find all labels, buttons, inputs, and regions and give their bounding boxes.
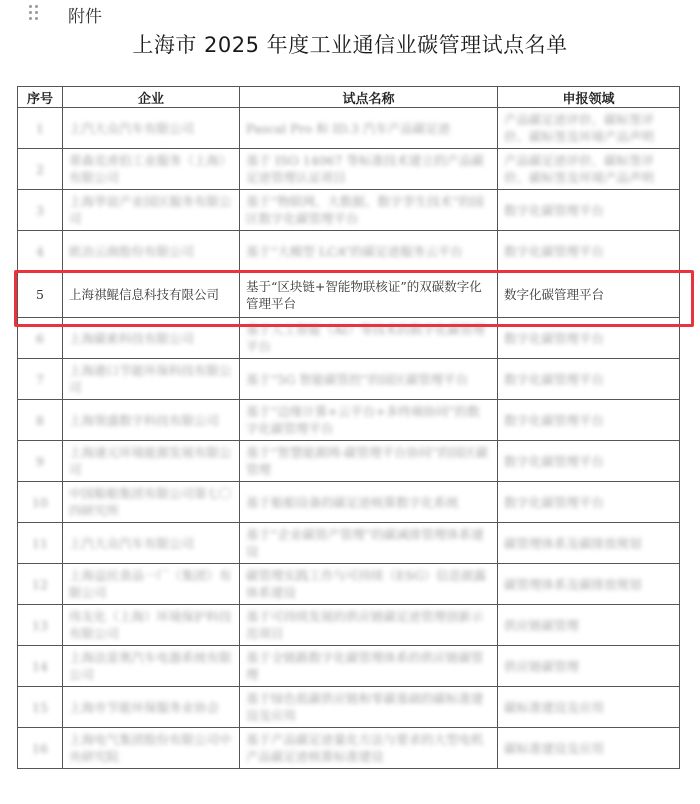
- table-row-highlighted: 5上海祺鲲信息科技有限公司基于“区块链+智能物联核证”的双碳数字化管理平台数字化…: [18, 272, 680, 318]
- cell-project-text: 基于全链路数字化碳管理体系的供应链碳管理: [246, 650, 484, 682]
- cell-field-text: 供应链碳管理: [504, 618, 579, 633]
- cell-company-text: 蒂森克虏伯工业服务（上海）有限公司: [69, 153, 232, 185]
- cell-index: 2: [18, 149, 63, 190]
- table-header-row: 序号 企业 试点名称 申报领域: [18, 87, 680, 108]
- table-row: 14上海法雷奥汽车电器系统有限公司基于全链路数字化碳管理体系的供应链碳管理供应链…: [18, 646, 680, 687]
- cell-project-text: 基于绿色低碳供应链和零碳基础的碳标准建设及应用: [246, 691, 484, 723]
- cell-index: 7: [18, 359, 63, 400]
- cell-field-text: 供应链碳管理: [504, 659, 579, 674]
- cell-company-text: 上汽大众汽车有限公司: [69, 121, 194, 136]
- cell-company-text: 上海益民食品一厂（集团）有限公司: [69, 568, 232, 600]
- cell-project-text: 基于“智慧能源网-碳管理平台协同”的园区碳管理: [246, 445, 488, 477]
- cell-company: 上海祺鲲信息科技有限公司: [63, 272, 240, 318]
- cell-field-text: 数字化碳管理平台: [504, 372, 604, 387]
- cell-field-text: 数字化碳管理平台: [504, 495, 604, 510]
- table-row: 4欧冶云商股份有限公司基于“大模型 LCA”的碳足迹服务云平台数字化碳管理平台: [18, 231, 680, 272]
- cell-field: 数字化碳管理平台: [498, 190, 680, 231]
- cell-index-text: 8: [36, 413, 44, 428]
- cell-project-text: 基于人工智能（AI）等技术的数字化碳管理平台: [246, 322, 485, 354]
- cell-company-text: 上海速元环境能源发展有限公司: [69, 445, 232, 477]
- col-header-field: 申报领域: [498, 87, 680, 108]
- cell-company: 上海市节能环保服务业协会: [63, 687, 240, 728]
- cell-field: 数字化碳管理平台: [498, 400, 680, 441]
- cell-project-text: 基于“大模型 LCA”的碳足迹服务云平台: [246, 244, 463, 259]
- cell-index: 8: [18, 400, 63, 441]
- cell-company-text: 欧冶云商股份有限公司: [69, 244, 194, 259]
- cell-project: 基于可持续发展的供应链碳足迹管理创新示范项目: [240, 605, 498, 646]
- cell-company-text: 上海华谊产业园区服务有限公司: [69, 194, 232, 226]
- document-title: 上海市 2025 年度工业通信业碳管理试点名单: [0, 29, 700, 59]
- cell-project: 基于“物联网、大数据、数字孪生技术”的园区数字化碳管理平台: [240, 190, 498, 231]
- cell-field: 数字化碳管理平台: [498, 441, 680, 482]
- table-row: 3上海华谊产业园区服务有限公司基于“物联网、大数据、数字孪生技术”的园区数字化碳…: [18, 190, 680, 231]
- cell-field-text: 碳管理体系及碳排放规划: [504, 536, 642, 551]
- cell-project: 基于 ISO 14067 等标准技术建立的产品碳足迹管理认证项目: [240, 149, 498, 190]
- pilot-list-table: 序号 企业 试点名称 申报领域 1上汽大众汽车有限公司Pascal Pro 和 …: [17, 86, 680, 769]
- cell-company-text: 上海领盛数字科技有限公司: [69, 413, 219, 428]
- cell-index: 1: [18, 108, 63, 149]
- cell-field-text: 数字化碳管理平台: [504, 413, 604, 428]
- cell-company: 上海电气集团股份有限公司中央研究院: [63, 728, 240, 769]
- cell-field-text: 碳管理体系及碳排放规划: [504, 577, 642, 592]
- cell-field-text: 产品碳足迹评价、碳标签评价、碳标签及环境产品声明: [504, 153, 654, 185]
- cell-project-text: 基于船舶设备的碳足迹核算数字化系统: [246, 495, 459, 510]
- cell-index: 16: [18, 728, 63, 769]
- table-row: 1上汽大众汽车有限公司Pascal Pro 和 ID.3 汽车产品碳足迹产品碳足…: [18, 108, 680, 149]
- cell-field-text: 数字化碳管理平台: [504, 454, 604, 469]
- cell-company-text: 上汽大众汽车有限公司: [69, 536, 194, 551]
- cell-company: 上汽大众汽车有限公司: [63, 108, 240, 149]
- cell-project-text: 基于可持续发展的供应链碳足迹管理创新示范项目: [246, 609, 484, 641]
- cell-field: 产品碳足迹评价、碳标签评价、碳标签及环境产品声明: [498, 149, 680, 190]
- cell-index: 5: [18, 272, 63, 318]
- cell-project: 基于全链路数字化碳管理体系的供应链碳管理: [240, 646, 498, 687]
- col-header-project: 试点名称: [240, 87, 498, 108]
- cell-field-text: 数字化碳管理平台: [504, 244, 604, 259]
- cell-field-text: 碳标准建设及应用: [504, 741, 604, 756]
- table-row: 7上海港口节能环保科技有限公司基于“5G 智能碳管控”的园区碳管理平台数字化碳管…: [18, 359, 680, 400]
- cell-company: 蒂森克虏伯工业服务（上海）有限公司: [63, 149, 240, 190]
- cell-company-text: 伟友化（上海）环境保护科技有限公司: [69, 609, 232, 641]
- dot: [29, 17, 32, 20]
- cell-project-text: 基于 ISO 14067 等标准技术建立的产品碳足迹管理认证项目: [246, 153, 484, 185]
- table-row: 16上海电气集团股份有限公司中央研究院基于产品碳足迹量化方法与要求的大型电机产品…: [18, 728, 680, 769]
- cell-company-text: 上海电气集团股份有限公司中央研究院: [69, 732, 232, 764]
- cell-project: Pascal Pro 和 ID.3 汽车产品碳足迹: [240, 108, 498, 149]
- dot: [35, 17, 38, 20]
- cell-field: 供应链碳管理: [498, 646, 680, 687]
- cell-index: 11: [18, 523, 63, 564]
- cell-field: 碳标准建设及应用: [498, 728, 680, 769]
- cell-index-text: 5: [36, 287, 44, 302]
- cell-index-text: 12: [32, 577, 48, 592]
- cell-field: 碳管理体系及碳排放规划: [498, 564, 680, 605]
- cell-index: 10: [18, 482, 63, 523]
- cell-index-text: 7: [36, 372, 44, 387]
- cell-index-text: 13: [32, 618, 48, 633]
- cell-field: 数字化碳管理平台: [498, 482, 680, 523]
- cell-project: 基于“企业碳资产管理”的碳减排管理体系建设: [240, 523, 498, 564]
- cell-index-text: 9: [36, 454, 44, 469]
- cell-company: 伟友化（上海）环境保护科技有限公司: [63, 605, 240, 646]
- cell-field-text: 数字化碳管理平台: [504, 331, 604, 346]
- col-header-company: 企业: [63, 87, 240, 108]
- cell-company: 上海港口节能环保科技有限公司: [63, 359, 240, 400]
- cell-project: 基于绿色低碳供应链和零碳基础的碳标准建设及应用: [240, 687, 498, 728]
- cell-company-text: 上海祺鲲信息科技有限公司: [69, 287, 219, 302]
- cell-company: 上海华谊产业园区服务有限公司: [63, 190, 240, 231]
- drag-handle-icon[interactable]: [29, 5, 39, 21]
- dot: [29, 11, 32, 14]
- cell-field: 碳标准建设及应用: [498, 687, 680, 728]
- cell-index: 12: [18, 564, 63, 605]
- cell-company: 上海碳索科技有限公司: [63, 318, 240, 359]
- cell-index: 14: [18, 646, 63, 687]
- cell-field: 产品碳足迹评价、碳标签评价、碳标签及环境产品声明: [498, 108, 680, 149]
- table-row: 10中国船舶集团有限公司第七〇四研究所基于船舶设备的碳足迹核算数字化系统数字化碳…: [18, 482, 680, 523]
- cell-project-text: 基于“物联网、大数据、数字孪生技术”的园区数字化碳管理平台: [246, 194, 484, 226]
- cell-company-text: 上海碳索科技有限公司: [69, 331, 194, 346]
- cell-index: 15: [18, 687, 63, 728]
- table-row: 9上海速元环境能源发展有限公司基于“智慧能源网-碳管理平台协同”的园区碳管理数字…: [18, 441, 680, 482]
- cell-project-text: Pascal Pro 和 ID.3 汽车产品碳足迹: [246, 121, 450, 136]
- cell-field: 供应链碳管理: [498, 605, 680, 646]
- table-row: 2蒂森克虏伯工业服务（上海）有限公司基于 ISO 14067 等标准技术建立的产…: [18, 149, 680, 190]
- cell-field-text: 数字化碳管理平台: [504, 203, 604, 218]
- cell-field: 数字化碳管理平台: [498, 359, 680, 400]
- attachment-label: 附件: [68, 2, 102, 27]
- cell-project: 基于产品碳足迹量化方法与要求的大型电机产品碳足迹核算标准建设: [240, 728, 498, 769]
- cell-field-text: 碳标准建设及应用: [504, 700, 604, 715]
- table-row: 8上海领盛数字科技有限公司基于“边缘计算+云平台+多终端协同”的数字化碳管理平台…: [18, 400, 680, 441]
- cell-field: 数字化碳管理平台: [498, 318, 680, 359]
- cell-index-text: 14: [32, 659, 48, 674]
- cell-project-text: 基于“5G 智能碳管控”的园区碳管理平台: [246, 372, 468, 387]
- dot: [35, 5, 38, 8]
- table-row: 6上海碳索科技有限公司基于人工智能（AI）等技术的数字化碳管理平台数字化碳管理平…: [18, 318, 680, 359]
- cell-project: 碳管理实践工作与可持续（ESG）信息披露体系建设: [240, 564, 498, 605]
- table-row: 11上汽大众汽车有限公司基于“企业碳资产管理”的碳减排管理体系建设碳管理体系及碳…: [18, 523, 680, 564]
- cell-field-text: 产品碳足迹评价、碳标签评价、碳标签及环境产品声明: [504, 112, 654, 144]
- cell-index-text: 11: [32, 536, 48, 551]
- cell-company: 欧冶云商股份有限公司: [63, 231, 240, 272]
- cell-field: 数字化碳管理平台: [498, 231, 680, 272]
- cell-index-text: 10: [32, 495, 48, 510]
- table-row: 12上海益民食品一厂（集团）有限公司碳管理实践工作与可持续（ESG）信息披露体系…: [18, 564, 680, 605]
- cell-project-text: 基于产品碳足迹量化方法与要求的大型电机产品碳足迹核算标准建设: [246, 732, 484, 764]
- cell-project: 基于“5G 智能碳管控”的园区碳管理平台: [240, 359, 498, 400]
- cell-index: 13: [18, 605, 63, 646]
- cell-project-text: 基于“企业碳资产管理”的碳减排管理体系建设: [246, 527, 484, 559]
- cell-index-text: 3: [36, 203, 44, 218]
- cell-project: 基于“区块链+智能物联核证”的双碳数字化管理平台: [240, 272, 498, 318]
- cell-project-text: 碳管理实践工作与可持续（ESG）信息披露体系建设: [246, 568, 486, 600]
- cell-index-text: 16: [32, 741, 48, 756]
- cell-company: 上汽大众汽车有限公司: [63, 523, 240, 564]
- cell-company: 上海领盛数字科技有限公司: [63, 400, 240, 441]
- cell-index: 4: [18, 231, 63, 272]
- cell-project: 基于船舶设备的碳足迹核算数字化系统: [240, 482, 498, 523]
- cell-company: 上海法雷奥汽车电器系统有限公司: [63, 646, 240, 687]
- cell-field: 数字化碳管理平台: [498, 272, 680, 318]
- cell-company-text: 上海法雷奥汽车电器系统有限公司: [69, 650, 232, 682]
- cell-project: 基于“大模型 LCA”的碳足迹服务云平台: [240, 231, 498, 272]
- cell-project: 基于“智慧能源网-碳管理平台协同”的园区碳管理: [240, 441, 498, 482]
- cell-field-text: 数字化碳管理平台: [504, 287, 604, 302]
- dot: [29, 5, 32, 8]
- cell-field: 碳管理体系及碳排放规划: [498, 523, 680, 564]
- cell-index-text: 2: [36, 162, 44, 177]
- cell-company-text: 中国船舶集团有限公司第七〇四研究所: [69, 486, 232, 518]
- cell-index-text: 6: [36, 331, 44, 346]
- cell-company: 上海益民食品一厂（集团）有限公司: [63, 564, 240, 605]
- cell-index: 9: [18, 441, 63, 482]
- cell-project: 基于“边缘计算+云平台+多终端协同”的数字化碳管理平台: [240, 400, 498, 441]
- cell-index-text: 1: [36, 121, 44, 136]
- cell-company: 中国船舶集团有限公司第七〇四研究所: [63, 482, 240, 523]
- cell-company-text: 上海市节能环保服务业协会: [69, 700, 219, 715]
- col-header-index: 序号: [18, 87, 63, 108]
- cell-project-text: 基于“区块链+智能物联核证”的双碳数字化管理平台: [246, 279, 482, 311]
- cell-project: 基于人工智能（AI）等技术的数字化碳管理平台: [240, 318, 498, 359]
- cell-index-text: 4: [36, 244, 44, 259]
- cell-company: 上海速元环境能源发展有限公司: [63, 441, 240, 482]
- cell-project-text: 基于“边缘计算+云平台+多终端协同”的数字化碳管理平台: [246, 404, 480, 436]
- cell-index-text: 15: [32, 700, 48, 715]
- cell-company-text: 上海港口节能环保科技有限公司: [69, 363, 232, 395]
- cell-index: 3: [18, 190, 63, 231]
- cell-index: 6: [18, 318, 63, 359]
- table-row: 13伟友化（上海）环境保护科技有限公司基于可持续发展的供应链碳足迹管理创新示范项…: [18, 605, 680, 646]
- dot: [35, 11, 38, 14]
- table-row: 15上海市节能环保服务业协会基于绿色低碳供应链和零碳基础的碳标准建设及应用碳标准…: [18, 687, 680, 728]
